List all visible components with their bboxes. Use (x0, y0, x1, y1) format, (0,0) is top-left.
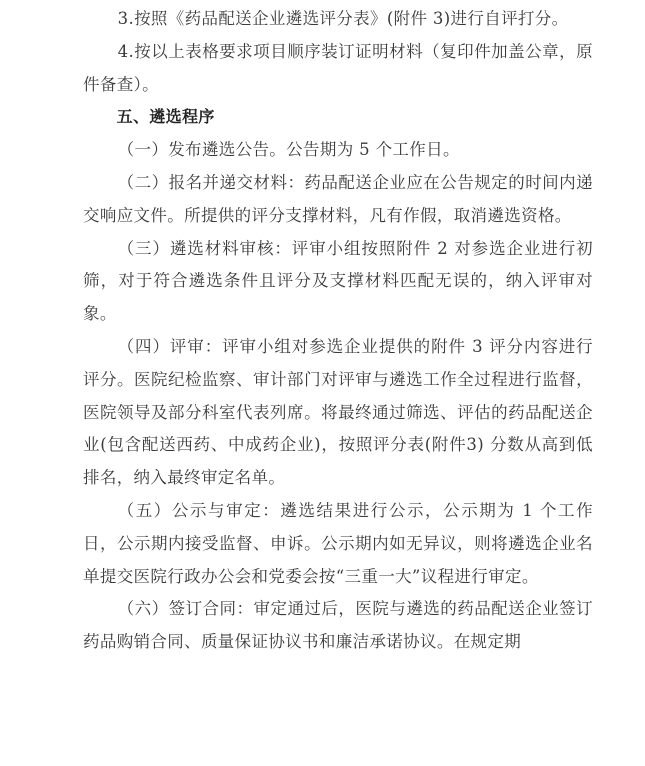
document-page: 3.按照《药品配送企业遴选评分表》(附件 3)进行自评打分。 4.按以上表格要求… (83, 3, 593, 659)
paragraph-step-6-contract-signing: （六）签订合同：审定通过后，医院与遴选的药品配送企业签订药品购销合同、质量保证协… (83, 593, 593, 659)
paragraph-step-3-material-review: （三）遴选材料审核：评审小组按照附件 2 对参选企业进行初筛，对于符合遴选条件且… (83, 233, 593, 331)
paragraph-step-1-announcement: （一）发布遴选公告。公告期为 5 个工作日。 (83, 134, 593, 167)
paragraph-item-4: 4.按以上表格要求项目顺序装订证明材料（复印件加盖公章，原件备查）。 (83, 36, 593, 102)
paragraph-step-5-publicity-approval: （五）公示与审定：遴选结果进行公示，公示期为 1 个工作日，公示期内接受监督、申… (83, 495, 593, 593)
section-heading-selection-procedure: 五、遴选程序 (83, 101, 593, 134)
paragraph-step-4-evaluation: （四）评审：评审小组对参选企业提供的附件 3 评分内容进行评分。医院纪检监察、审… (83, 331, 593, 495)
paragraph-item-3: 3.按照《药品配送企业遴选评分表》(附件 3)进行自评打分。 (83, 3, 593, 36)
paragraph-step-2-registration: （二）报名并递交材料：药品配送企业应在公告规定的时间内递交响应文件。所提供的评分… (83, 167, 593, 233)
